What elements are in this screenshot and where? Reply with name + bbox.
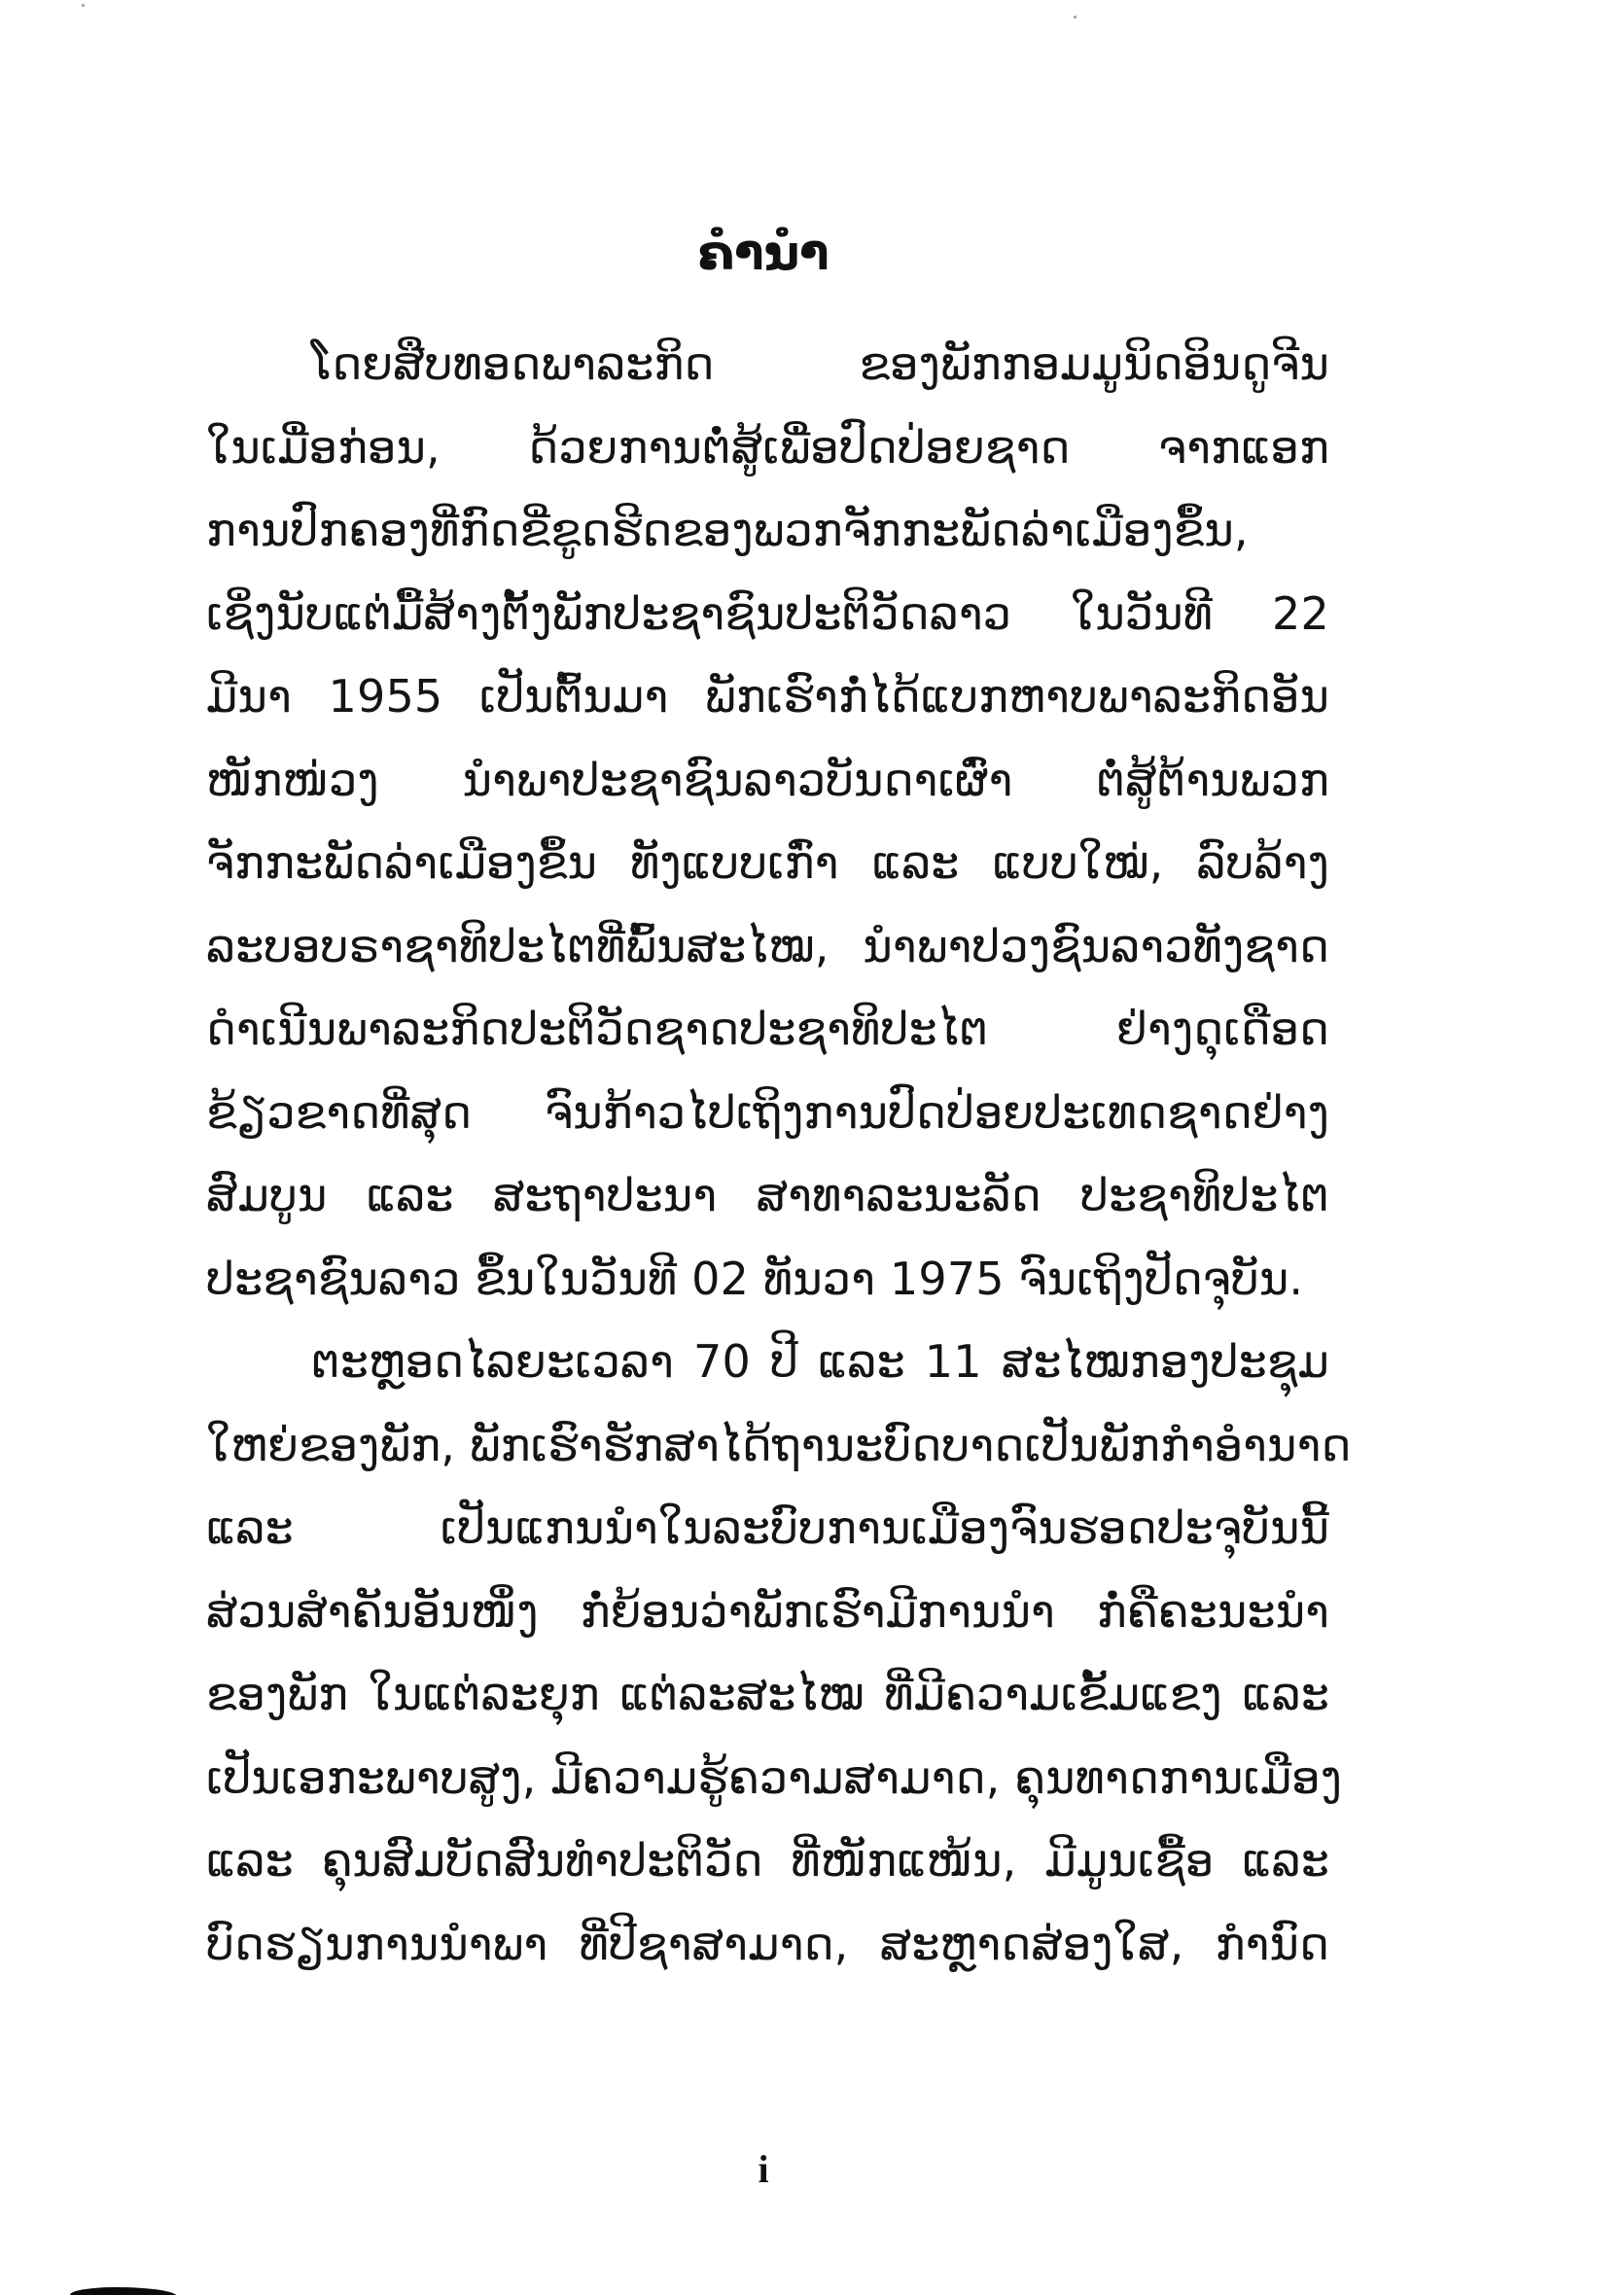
page-number: i — [0, 2147, 1527, 2192]
text-line: ໃນເມື່ອກ່ອນ, ດ້ວຍການຕໍ່ສູ້ເພື່ອປົດປ່ອຍຊາ… — [206, 406, 1329, 490]
page-title: ຄຳນຳ — [0, 224, 1527, 282]
body-text: ໂດຍສືບທອດພາລະກິດ ຂອງພັກກອມມູນິດອິນດູຈີນ … — [206, 323, 1329, 1986]
text-line: ການປົກຄອງທີ່ກົດຂີ່ຂູດຮີດຂອງພວກຈັກກະພັດລ່… — [206, 489, 1329, 573]
text-line: ຈັກກະພັດລ່າເມືອງຂຶ້ນ ທັງແບບເກົ່າ ແລະ ແບບ… — [206, 822, 1329, 905]
text-line: ເປັນເອກະພາບສູງ, ມີຄວາມຮູ້ຄວາມສາມາດ, ຄຸນທ… — [206, 1737, 1329, 1820]
scan-edge-shadow — [70, 2287, 177, 2295]
text-line: ໂດຍສືບທອດພາລະກິດ ຂອງພັກກອມມູນິດອິນດູຈີນ — [206, 323, 1329, 406]
text-line: ມີນາ 1955 ເປັນຕົ້ນມາ ພັກເຮົາກໍ່ໄດ້ແບກຫາບ… — [206, 655, 1329, 739]
text-line: ແລະ ເປັນແກນນຳໃນລະບົບການເມືອງຈົນຮອດປະຈຸບັ… — [206, 1487, 1329, 1571]
document-page: ຄຳນຳ ໂດຍສືບທອດພາລະກິດ ຂອງພັກກອມມູນິດອິນດ… — [0, 0, 1624, 2295]
text-line: ແລະ ຄຸນສົມບັດສົນທຳປະຕິວັດ ທີ່ໜັກແໜ້ນ, ມີ… — [206, 1819, 1329, 1903]
scan-speck — [82, 4, 85, 7]
text-line: ສົມບູນ ແລະ ສະຖາປະນາ ສາທາລະນະລັດ ປະຊາທິປະ… — [206, 1154, 1329, 1238]
text-line: ປະຊາຊົນລາວ ຂຶ້ນໃນວັນທີ 02 ທັນວາ 1975 ຈົນ… — [206, 1238, 1329, 1322]
text-line: ຂ້ຽວຂາດທີ່ສຸດ ຈົນກ້າວໄປເຖິງການປົດປ່ອຍປະເ… — [206, 1072, 1329, 1155]
text-line: ໃຫຍ່ຂອງພັກ, ພັກເຮົາຮັກສາໄດ້ຖານະບົດບາດເປັ… — [206, 1404, 1329, 1488]
text-line: ໜັກໜ່ວງ ນຳພາປະຊາຊົນລາວບັນດາເຜົ່າ ຕໍ່ສູ້ຕ… — [206, 739, 1329, 823]
text-line: ເຊິ່ງນັບແຕ່ມື້ສ້າງຕັ້ງພັກປະຊາຊົນປະຕິວັດລ… — [206, 573, 1329, 656]
paragraph-2: ຕະຫຼອດໄລຍະເວລາ 70 ປີ ແລະ 11 ສະໄໝກອງປະຊຸມ… — [206, 1321, 1329, 1986]
text-line: ລະບອບຣາຊາທິປະໄຕທີ່ພົ້ນສະໄໝ, ນຳພາປວງຊົນລາ… — [206, 905, 1329, 989]
scan-speck — [1074, 16, 1077, 18]
text-line: ຕະຫຼອດໄລຍະເວລາ 70 ປີ ແລະ 11 ສະໄໝກອງປະຊຸມ — [206, 1321, 1329, 1404]
text-line: ບົດຮຽນການນຳພາ ທີ່ປີຊາສາມາດ, ສະຫຼາດສ່ອງໃສ… — [206, 1903, 1329, 1987]
text-line: ສ່ວນສຳຄັນອັນໜຶ່ງ ກໍ່ຍ້ອນວ່າພັກເຮົາມີການນ… — [206, 1571, 1329, 1654]
text-line: ດຳເນີນພາລະກິດປະຕິວັດຊາດປະຊາທິປະໄຕ ຢ່າງດຸ… — [206, 988, 1329, 1072]
text-line: ຂອງພັກ ໃນແຕ່ລະຍຸກ ແຕ່ລະສະໄໝ ທີ່ມີຄວາມເຂັ… — [206, 1653, 1329, 1737]
paragraph-1: ໂດຍສືບທອດພາລະກິດ ຂອງພັກກອມມູນິດອິນດູຈີນ … — [206, 323, 1329, 1321]
